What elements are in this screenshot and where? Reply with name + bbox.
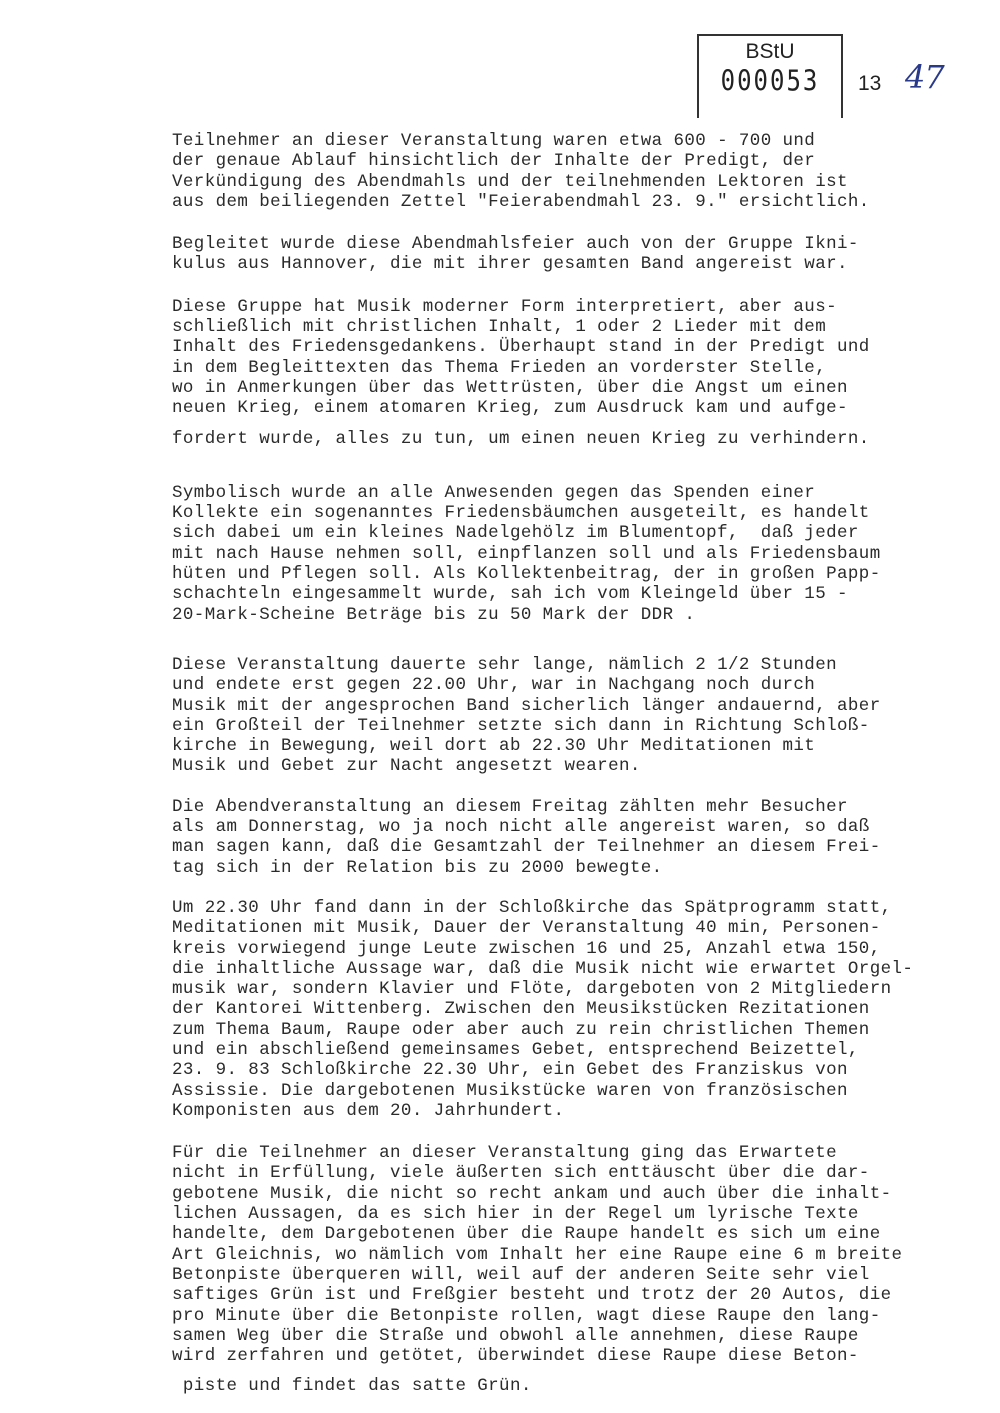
- paragraph-friday-attendance: Die Abendveranstaltung an diesem Freitag…: [172, 797, 992, 878]
- text-line: musik war, sondern Klavier und Flöte, da…: [172, 979, 992, 999]
- text-line: ein Großteil der Teilnehmer setzte sich …: [172, 716, 992, 736]
- text-line: Begleitet wurde diese Abendmahlsfeier au…: [172, 234, 992, 254]
- text-line: Art Gleichnis, wo nämlich vom Inhalt her…: [172, 1245, 992, 1265]
- text-line: 20-Mark-Scheine Beträge bis zu 50 Mark d…: [172, 605, 992, 625]
- text-line: Diese Veranstaltung dauerte sehr lange, …: [172, 655, 992, 675]
- text-line: Inhalt des Friedensgedankens. Überhaupt …: [172, 337, 992, 357]
- text-line: Kollekte ein sogenanntes Friedensbäumche…: [172, 503, 992, 523]
- paragraph-duration: Diese Veranstaltung dauerte sehr lange, …: [172, 655, 992, 777]
- text-line: 23. 9. 83 Schloßkirche 22.30 Uhr, ein Ge…: [172, 1060, 992, 1080]
- text-line: der Kantorei Wittenberg. Zwischen den Me…: [172, 999, 992, 1019]
- text-line: als am Donnerstag, wo ja noch nicht alle…: [172, 817, 992, 837]
- text-line: in dem Begleittexten das Thema Frieden a…: [172, 358, 992, 378]
- archive-stamp-title: BStU: [699, 40, 841, 64]
- text-line: mit nach Hause nehmen soll, einpflanzen …: [172, 544, 992, 564]
- text-line: Assissie. Die dargebotenen Musikstücke w…: [172, 1081, 992, 1101]
- text-line: saftiges Grün ist und Freßgier besteht u…: [172, 1285, 992, 1305]
- archive-stamp-number: 000053: [699, 64, 841, 98]
- text-line: piste und findet das satte Grün.: [172, 1376, 992, 1396]
- text-line: aus dem beiliegenden Zettel "Feierabendm…: [172, 192, 992, 212]
- text-line: und ein abschließend gemeinsames Gebet, …: [172, 1040, 992, 1060]
- page-number: 13: [858, 72, 881, 96]
- paragraph-peace-trees: Symbolisch wurde an alle Anwesenden gege…: [172, 483, 992, 625]
- text-line: Meditationen mit Musik, Dauer der Verans…: [172, 918, 992, 938]
- document-body: Teilnehmer an dieser Veranstaltung waren…: [172, 131, 992, 1397]
- text-line: kreis vorwiegend junge Leute zwischen 16…: [172, 939, 992, 959]
- text-line: tag sich in der Relation bis zu 2000 bew…: [172, 858, 992, 878]
- text-line: kirche in Bewegung, weil dort ab 22.30 U…: [172, 736, 992, 756]
- text-line: kulus aus Hannover, die mit ihrer gesamt…: [172, 254, 992, 274]
- paragraph-music: Diese Gruppe hat Musik moderner Form int…: [172, 297, 992, 449]
- text-line: sich dabei um ein kleines Nadelgehölz im…: [172, 523, 992, 543]
- text-line: Diese Gruppe hat Musik moderner Form int…: [172, 297, 992, 317]
- handwritten-page-number: 47: [905, 58, 944, 96]
- paragraph-participants: Teilnehmer an dieser Veranstaltung waren…: [172, 131, 992, 212]
- paragraph-audience-reaction: Für die Teilnehmer an dieser Veranstaltu…: [172, 1143, 992, 1397]
- text-line: zum Thema Baum, Raupe oder aber auch zu …: [172, 1020, 992, 1040]
- text-line: schachteln eingesammelt wurde, sah ich v…: [172, 584, 992, 604]
- text-line: Betonpiste überqueren will, weil auf der…: [172, 1265, 992, 1285]
- text-line: lichen Aussagen, da es sich hier in der …: [172, 1204, 992, 1224]
- text-line: Symbolisch wurde an alle Anwesenden gege…: [172, 483, 992, 503]
- paragraph-late-program: Um 22.30 Uhr fand dann in der Schloßkirc…: [172, 898, 992, 1121]
- text-line: Um 22.30 Uhr fand dann in der Schloßkirc…: [172, 898, 992, 918]
- text-line: man sagen kann, daß die Gesamtzahl der T…: [172, 837, 992, 857]
- text-line: nicht in Erfüllung, viele äußerten sich …: [172, 1163, 992, 1183]
- text-line: fordert wurde, alles zu tun, um einen ne…: [172, 429, 992, 449]
- text-line: Musik und Gebet zur Nacht angesetzt wear…: [172, 756, 992, 776]
- text-line: Die Abendveranstaltung an diesem Freitag…: [172, 797, 992, 817]
- text-line: wird zerfahren und getötet, überwindet d…: [172, 1346, 992, 1366]
- text-line: wo in Anmerkungen über das Wettrüsten, ü…: [172, 378, 992, 398]
- text-line: pro Minute über die Betonpiste rollen, w…: [172, 1306, 992, 1326]
- text-line: Musik mit der angesprochen Band sicherli…: [172, 696, 992, 716]
- text-line: Verkündigung des Abendmahls und der teil…: [172, 172, 992, 192]
- text-line: die inhaltliche Aussage war, daß die Mus…: [172, 959, 992, 979]
- text-line: neuen Krieg, einem atomaren Krieg, zum A…: [172, 398, 992, 418]
- paragraph-band: Begleitet wurde diese Abendmahlsfeier au…: [172, 234, 992, 275]
- text-line: handelte, dem Dargebotenen über die Raup…: [172, 1224, 992, 1244]
- text-line: Teilnehmer an dieser Veranstaltung waren…: [172, 131, 992, 151]
- archive-stamp: BStU 000053: [697, 34, 843, 118]
- text-line: und endete erst gegen 22.00 Uhr, war in …: [172, 675, 992, 695]
- text-line: gebotene Musik, die nicht so recht ankam…: [172, 1184, 992, 1204]
- text-line: hüten und Pflegen soll. Als Kollektenbei…: [172, 564, 992, 584]
- text-line: Für die Teilnehmer an dieser Veranstaltu…: [172, 1143, 992, 1163]
- text-line: der genaue Ablauf hinsichtlich der Inhal…: [172, 151, 992, 171]
- text-line: samen Weg über die Straße und obwohl all…: [172, 1326, 992, 1346]
- text-line: Komponisten aus dem 20. Jahrhundert.: [172, 1101, 992, 1121]
- text-line: schließlich mit christlichen Inhalt, 1 o…: [172, 317, 992, 337]
